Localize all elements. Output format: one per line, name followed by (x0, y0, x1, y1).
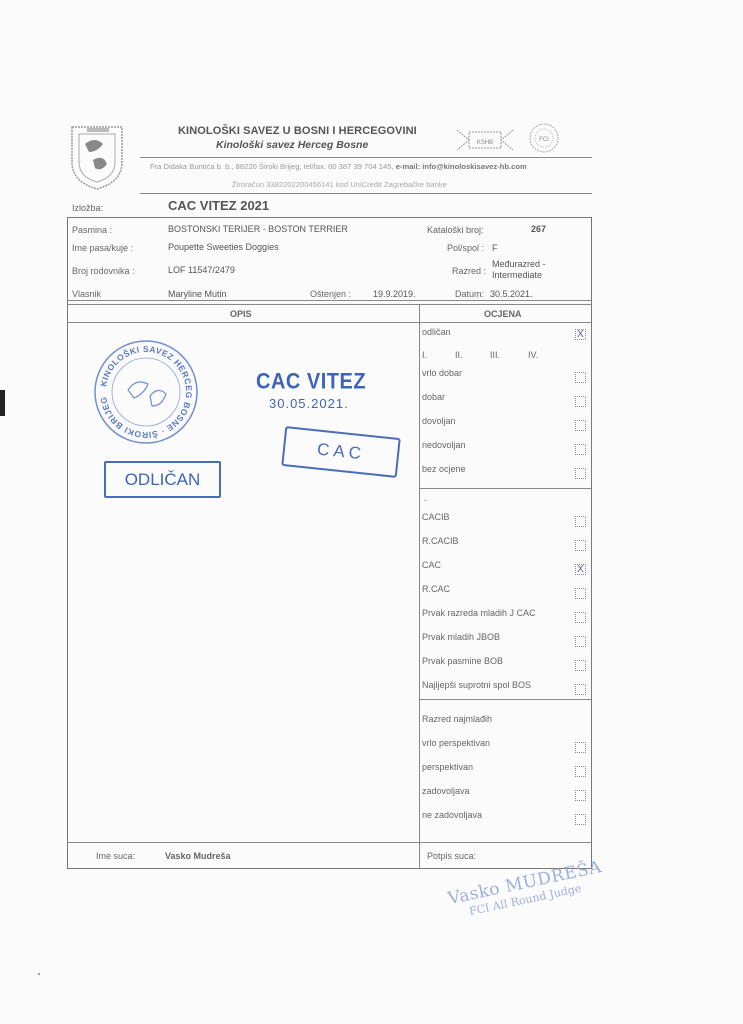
divider (67, 300, 592, 301)
grade-option-checkbox[interactable] (575, 372, 586, 383)
title-option-label: CAC (422, 560, 441, 570)
grade-option-checkbox[interactable] (575, 468, 586, 479)
sex-label: Pol/spol : (447, 243, 484, 253)
svg-text:KSHB: KSHB (477, 140, 493, 146)
title-option-checkbox[interactable] (575, 612, 586, 623)
fci-seal-icon: FCI (528, 122, 560, 154)
title-option-label: R.CAC (422, 584, 450, 594)
sex-value: F (492, 243, 498, 253)
divider (67, 322, 592, 323)
date-value: 30.5.2021. (490, 289, 533, 299)
description-header: OPIS (230, 309, 252, 319)
kennel-club-round-stamp-icon: KINOLOŠKI SAVEZ HERCEG BOSNE · ŠIROKI BR… (92, 338, 200, 446)
scan-artifact (0, 390, 5, 416)
divider (419, 699, 592, 700)
puppy-option-checkbox[interactable] (575, 814, 586, 825)
org-subtitle: Kinološki savez Herceg Bosne (216, 139, 368, 151)
dog-name-label: Ime pasa/kuje : (72, 243, 133, 253)
title-option-checkbox[interactable] (575, 540, 586, 551)
divider (419, 488, 592, 489)
email-text: e-mail: info@kinoloskisavez-hb.com (396, 162, 527, 171)
puppy-option-checkbox[interactable] (575, 742, 586, 753)
title-option-checkbox[interactable]: X (575, 564, 586, 575)
org-title: KINOLOŠKI SAVEZ U BOSNI I HERCEGOVINI (178, 125, 417, 137)
grade-header: OCJENA (484, 309, 522, 319)
title-option-label: R.CACIB (422, 536, 459, 546)
titles-marker: . (424, 493, 427, 503)
grade-excellent-checkbox[interactable]: X (575, 329, 586, 340)
judge-label: Ime suca: (96, 851, 135, 861)
show-stamp-name: CAC VITEZ (256, 370, 366, 395)
header-divider (140, 193, 592, 194)
column-divider (419, 304, 420, 869)
pedigree-value: LOF 11547/2479 (168, 265, 235, 275)
title-option-checkbox[interactable] (575, 684, 586, 695)
grade-option-checkbox[interactable] (575, 444, 586, 455)
grade-option-label: nedovoljan (422, 440, 466, 450)
born-value: 19.9.2019. (373, 289, 416, 299)
judge-signature-label: Potpis suca: (427, 851, 476, 861)
puppy-option-label: zadovoljava (422, 786, 470, 796)
placement-4: IV. (528, 350, 538, 360)
show-stamp-date: 30.05.2021. (269, 396, 349, 411)
title-option-checkbox[interactable] (575, 588, 586, 599)
divider (67, 842, 592, 843)
date-label: Datum: (455, 289, 484, 299)
title-option-label: Prvak mladih JBOB (422, 632, 500, 642)
born-label: Oštenjen : (310, 289, 351, 299)
title-option-checkbox[interactable] (575, 660, 586, 671)
class-label: Razred : (452, 266, 486, 276)
dog-name-value: Poupette Sweeties Doggies (168, 242, 279, 252)
header-bank: Žiroračun 3382202200456141 kod UniCredit… (232, 180, 447, 189)
grade-option-label: vrlo dobar (422, 368, 462, 378)
title-option-label: Najljepši suprotni spol BOS (422, 680, 531, 690)
header-divider (140, 157, 592, 158)
puppy-option-label: vrlo perspektivan (422, 738, 490, 748)
divider (67, 304, 592, 305)
judge-name: Vasko Mudreša (165, 851, 231, 861)
class-line: Intermediate (492, 270, 546, 281)
puppy-option-label: perspektivan (422, 762, 473, 772)
owner-value: Maryline Mutin (168, 289, 227, 299)
header-address: Fra Didaka Buntića b. b., 88220 Široki B… (150, 162, 527, 171)
pedigree-label: Broj rodovnika : (72, 266, 135, 276)
title-option-label: Prvak pasmine BOB (422, 656, 503, 666)
title-option-checkbox[interactable] (575, 516, 586, 527)
grade-stamp: ODLIČAN (104, 461, 221, 498)
placement-3: III. (490, 350, 500, 360)
placement-1: I. (422, 350, 427, 360)
breed-label: Pasmina : (72, 225, 112, 235)
scan-artifact (38, 973, 40, 975)
breed-value: BOSTONSKI TERIJER - BOSTON TERRIER (168, 224, 348, 234)
svg-text:FCI: FCI (539, 137, 549, 143)
address-text: Fra Didaka Buntića b. b., 88220 Široki B… (150, 162, 396, 171)
title-option-label: CACIB (422, 512, 450, 522)
fci-ribbon-icon: KSHB (455, 126, 515, 154)
class-value: Međurazred - Intermediate (492, 259, 546, 281)
grade-option-label: bez ocjene (422, 464, 466, 474)
grade-option-label: dobar (422, 392, 445, 402)
catalog-number: 267 (531, 224, 546, 234)
placement-2: II. (455, 350, 463, 360)
grade-option-checkbox[interactable] (575, 396, 586, 407)
owner-label: Vlasnik (72, 289, 101, 299)
catalog-label: Kataloški broj: (427, 225, 484, 235)
grade-option-checkbox[interactable] (575, 420, 586, 431)
title-option-label: Prvak razreda mladih J CAC (422, 608, 536, 618)
grade-excellent-label: odličan (422, 327, 451, 337)
show-name: CAC VITEZ 2021 (168, 198, 269, 213)
puppy-option-checkbox[interactable] (575, 766, 586, 777)
grade-option-label: dovoljan (422, 416, 456, 426)
puppy-class-heading: Razred najmlađih (422, 714, 492, 724)
class-line: Međurazred - (492, 259, 546, 270)
title-option-checkbox[interactable] (575, 636, 586, 647)
kennel-club-logo-icon (67, 122, 127, 192)
show-label: Izložba: (72, 203, 103, 213)
puppy-option-label: ne zadovoljava (422, 810, 482, 820)
puppy-option-checkbox[interactable] (575, 790, 586, 801)
